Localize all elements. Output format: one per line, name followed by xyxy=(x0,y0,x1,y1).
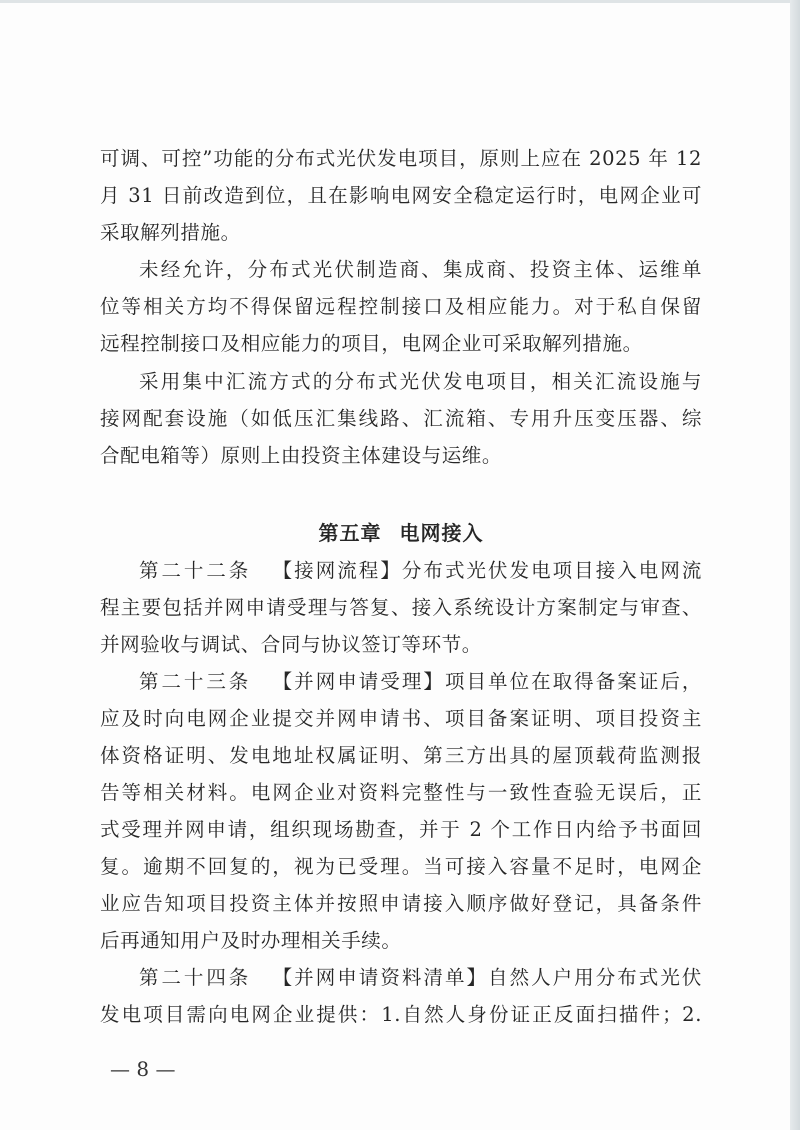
article-23-first-line-text: 项目单位在取得备案证后， xyxy=(445,670,702,693)
article-22-title: 【接网流程】 xyxy=(271,559,402,582)
article-24-first-line-text: 自然人户用分布式光伏 xyxy=(488,966,702,989)
article-24-number: 第二十四条 xyxy=(139,966,251,989)
article-23-line-7: 业应告知项目投资主体并按照申请接入顺序做好登记，具备条件 xyxy=(100,885,702,922)
article-22-line-3: 并网验收与调试、合同与协议签订等环节。 xyxy=(100,626,702,663)
article-23-line-8: 后再通知用户及时办理相关手续。 xyxy=(100,922,702,959)
paragraph-3-line-2: 接网配套设施（如低压汇集线路、汇流箱、专用升压变压器、综 xyxy=(100,400,702,437)
article-22-number: 第二十二条 xyxy=(139,559,251,582)
chapter-heading: 第五章电网接入 xyxy=(100,515,702,552)
article-23-line-6: 复。逾期不回复的，视为已受理。当可接入容量不足时，电网企 xyxy=(100,848,702,885)
article-23-number: 第二十三条 xyxy=(139,670,251,693)
article-23-line-3: 体资格证明、发电地址权属证明、第三方出具的屋顶载荷监测报 xyxy=(100,737,702,774)
scan-top-edge xyxy=(0,0,800,3)
paragraph-3-line-3: 合配电箱等）原则上由投资主体建设与运维。 xyxy=(100,437,702,474)
article-23-title: 【并网申请受理】 xyxy=(271,670,445,693)
article-22-line-2: 程主要包括并网申请受理与答复、接入系统设计方案制定与审查、 xyxy=(100,589,702,626)
paragraph-1-line-3: 采取解列措施。 xyxy=(100,214,702,251)
chapter-number: 第五章 xyxy=(319,521,382,545)
article-24-line-1: 第二十四条【并网申请资料清单】自然人户用分布式光伏 xyxy=(139,959,702,996)
article-22-line-1: 第二十二条【接网流程】分布式光伏发电项目接入电网流 xyxy=(139,552,702,589)
article-24-title: 【并网申请资料清单】 xyxy=(271,966,488,989)
article-23-line-5: 式受理并网申请，组织现场勘查，并于 2 个工作日内给予书面回 xyxy=(100,811,702,848)
article-24-line-2: 发电项目需向电网企业提供：1.自然人身份证正反面扫描件；2. xyxy=(100,996,702,1033)
paragraph-1-line-2: 月 31 日前改造到位，且在影响电网安全稳定运行时，电网企业可 xyxy=(100,177,702,214)
article-22-first-line-text: 分布式光伏发电项目接入电网流 xyxy=(402,559,702,582)
paragraph-2-line-1: 未经允许，分布式光伏制造商、集成商、投资主体、运维单 xyxy=(139,251,702,288)
chapter-title: 电网接入 xyxy=(400,521,484,545)
paragraph-3-line-1: 采用集中汇流方式的分布式光伏发电项目，相关汇流设施与 xyxy=(139,363,702,400)
article-23-line-4: 告等相关材料。电网企业对资料完整性与一致性查验无误后，正 xyxy=(100,774,702,811)
paragraph-2-line-2: 位等相关方均不得保留远程控制接口及相应能力。对于私自保留 xyxy=(100,288,702,325)
page-number: — 8 — xyxy=(110,1054,175,1084)
article-23-line-1: 第二十三条【并网申请受理】项目单位在取得备案证后， xyxy=(139,663,702,700)
scan-right-edge xyxy=(790,0,800,1130)
article-23-line-2: 应及时向电网企业提交并网申请书、项目备案证明、项目投资主 xyxy=(100,700,702,737)
paragraph-1-line-1: 可调、可控”功能的分布式光伏发电项目，原则上应在 2025 年 12 xyxy=(100,140,702,177)
paragraph-2-line-3: 远程控制接口及相应能力的项目，电网企业可采取解列措施。 xyxy=(100,325,702,362)
